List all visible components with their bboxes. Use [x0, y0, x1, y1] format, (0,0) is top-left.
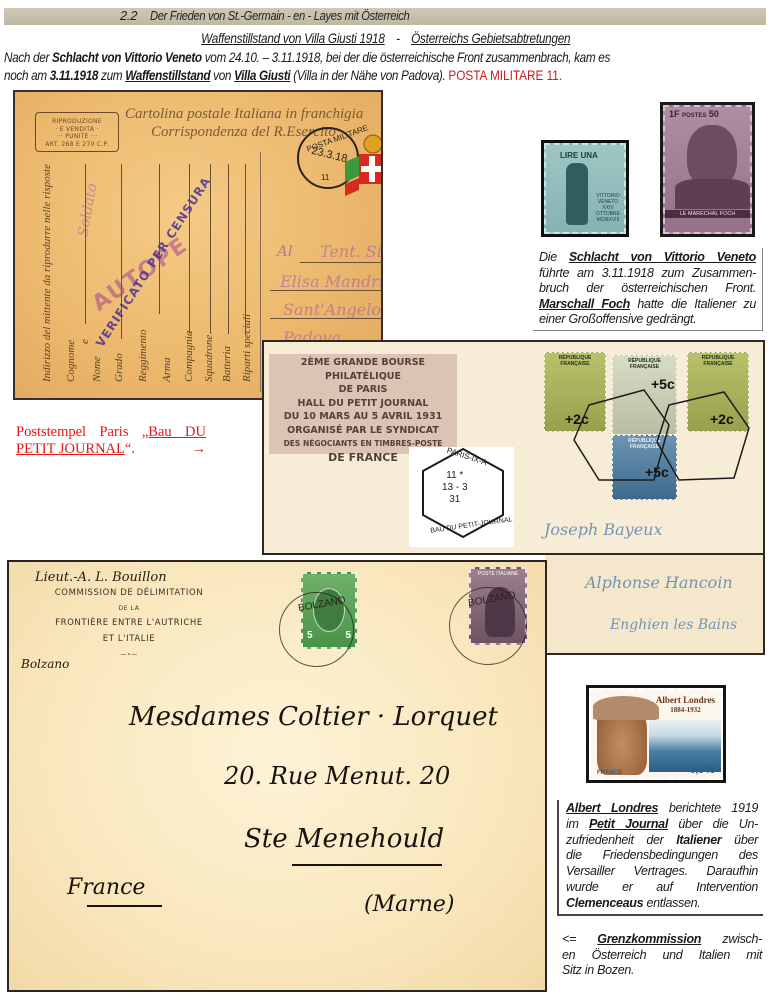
stamp-caption: VITTORIO VENETO XXIV OTTOBRE MCMXVIII	[596, 193, 620, 223]
intro-line-1: Nach der Schlacht von Vittorio Veneto vo…	[4, 48, 651, 66]
bourse-label: 2ÈME GRANDE BOURSE PHILATÉLIQUE DE PARIS…	[269, 354, 457, 454]
form-line	[210, 164, 211, 334]
field-arma: Arma	[161, 358, 173, 382]
field-reggimento: Reggimento	[137, 329, 149, 382]
sender-handwriting: Soldato	[75, 182, 100, 238]
posta-militare-label: POSTA MILITARE 11.	[448, 67, 562, 83]
field-batteria: Batteria	[221, 346, 233, 382]
stamp-marechal-foch: 1F POSTES 50 LE MARÉCHAL FOCH	[660, 102, 755, 237]
bolzano-postmark: BOLZANO	[449, 587, 527, 665]
note-londres: Albert Londres berichtete 1919 im Petit …	[557, 800, 763, 916]
commission-letterhead: COMMISSION DE DÉLIMITATION DE LA FRONTIÈ…	[29, 588, 229, 659]
commission-cover: Lieut.-A. L. Bouillon COMMISSION DE DÉLI…	[7, 560, 547, 992]
postmark-date: 11 * 13 - 3 31	[442, 470, 468, 506]
hexagonal-cancel	[559, 380, 759, 490]
address-country: France	[67, 875, 145, 900]
stamp-albert-londres: Albert Londres1884-1932 FRANCE 0,54€	[586, 685, 726, 783]
stamp-vittorio-veneto: LIRE UNA VITTORIO VENETO XXIV OTTOBRE MC…	[541, 140, 629, 237]
address-handwriting: Tent. Signor	[320, 242, 383, 261]
divider-line	[260, 152, 261, 392]
underline	[292, 864, 442, 866]
postmark-note-red: Poststempel Paris „Bau DU PETIT JOURNAL“…	[16, 424, 206, 458]
addressee-prefix: Al	[277, 242, 293, 260]
recipient-handwriting: Joseph Bayeux	[544, 520, 663, 539]
paris-cover-lower: Alphonse Hancoin Enghien les Bains	[545, 555, 765, 655]
italian-crest-icon	[345, 132, 383, 212]
field-cognome: Cognome	[65, 340, 77, 382]
address-line	[300, 262, 383, 263]
section-number: 2.2	[120, 8, 137, 23]
paris-bourse-cover: 2ÈME GRANDE BOURSE PHILATÉLIQUE DE PARIS…	[262, 340, 765, 555]
foch-portrait	[687, 125, 737, 187]
field-riparti: Riparti speciali	[241, 314, 253, 382]
address-handwriting: Sant'Angelo	[283, 300, 381, 319]
victory-figure	[566, 163, 588, 225]
sender-address-label: Indirizzo del mittente da riprodurre nel…	[41, 164, 53, 382]
intro-paragraph: Nach der Schlacht von Vittorio Veneto vo…	[4, 48, 771, 84]
title-armistice: Waffenstillstand von Villa Giusti 1918	[201, 30, 384, 46]
field-e: e	[79, 339, 91, 344]
field-squadrone: Squadrone	[203, 335, 215, 382]
page-title: Waffenstillstand von Villa Giusti 1918 -…	[0, 30, 771, 46]
sender-signature: Lieut.-A. L. Bouillon	[35, 570, 167, 585]
field-nome: Nome	[91, 356, 103, 382]
stamp-caption: LE MARÉCHAL FOCH	[665, 210, 750, 218]
arrow-right-icon: →	[192, 441, 207, 458]
note-grenzkommission: <= Grenzkommission zwisch- en Österreich…	[562, 932, 762, 979]
underline	[87, 905, 162, 907]
intro-line-2: noch am 3.11.1918 zum Waffenstillstand v…	[4, 66, 651, 84]
reproduction-notice-box: RIPRODUZIONE · E VENDITA · ··· PUNITE ··…	[35, 112, 119, 152]
postcard-title: Cartolina postale Italiana in franchigia	[125, 106, 363, 123]
address-line-2: 20. Rue Menut. 20	[224, 762, 450, 790]
note-foch: Die Schlacht von Vittorio Veneto führte …	[533, 248, 763, 331]
title-separator: -	[396, 30, 400, 46]
censor-stamp-blue: VERIFICATO PER CENSURA	[93, 174, 214, 349]
title-cessions: Österreichs Gebietsabtretungen	[411, 30, 570, 46]
address-line-1: Mesdames Coltier · Lorquet	[129, 702, 498, 732]
bolzano-postmark: BOLZANO	[279, 592, 354, 667]
form-line	[245, 164, 246, 334]
orphelins-stamps: RÉPUBLIQUE FRANÇAISE +2c RÉPUBLIQUE FRAN…	[539, 350, 764, 500]
section-title: Der Frieden von St.-Germain - en - Layes…	[150, 8, 409, 23]
address-handwriting: Elisa Mandrina	[280, 272, 383, 291]
section-header-bar: 2.2 Der Frieden von St.-Germain - en - L…	[4, 8, 766, 25]
field-grado: Grado	[113, 353, 125, 382]
form-line	[228, 164, 229, 334]
address-line-4: (Marne)	[364, 892, 455, 917]
field-compagnia: Compagnia	[183, 331, 195, 382]
origin-handwriting: Bolzano	[21, 657, 69, 671]
address-line-3: Ste Menehould	[244, 824, 444, 854]
